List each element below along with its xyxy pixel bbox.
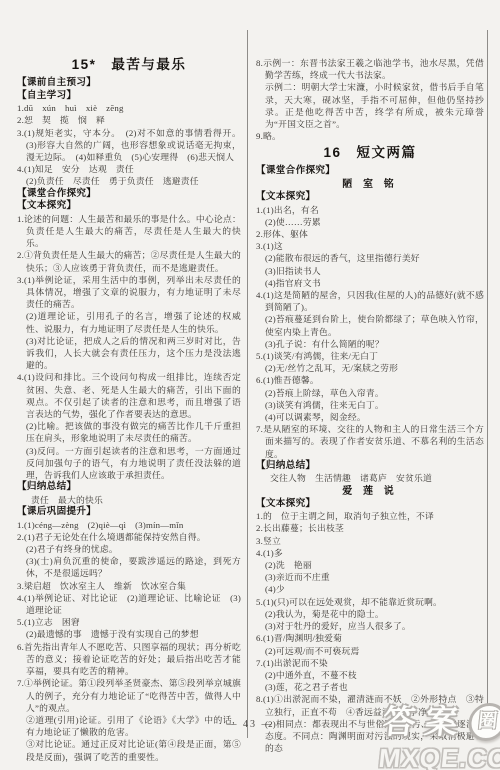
section-header: 【文本探究】 — [256, 191, 484, 204]
answer-line: 2.形体、躯体 — [256, 228, 484, 240]
answer-subline: (2)我认为，菊是花中的隐士。 — [256, 608, 484, 620]
text-title: 陋 室 铭 — [256, 178, 484, 191]
answer-line: 7.①举例论证。第①段列举圣贤豪杰、第⑤段列举京城旗人的例子，充分有力地论证了“… — [17, 677, 241, 714]
section-header: 【课前自主预习】 — [17, 77, 241, 90]
answer-subline: (3)对于牡丹的爱好，应当人很多了。 — [256, 620, 484, 632]
section-header: 【课后巩固提升】 — [17, 506, 241, 519]
answer-line: 4.(1)举例论证、对比论证 (2)道理论证、比喻论证 (3)道理论证 — [17, 592, 241, 616]
answer-line: 交往人物 生活情趣 诸葛庐 安贫乐道 — [256, 472, 484, 484]
lesson-title: 16 短文两篇 — [256, 144, 484, 162]
section-header: 【文本探究】 — [17, 200, 241, 213]
answer-subline: (4)可以调素琴，阅金经。 — [256, 411, 484, 423]
answer-subline: (2)最遗憾的事 遗憾于没有实现自己的梦想 — [17, 628, 241, 640]
answer-subline: 示例二：明朝大学士宋濂，小时候家贫，借书后手自笔录，天大寒，砚冰坚，手指不可屈伸… — [256, 81, 484, 130]
answer-line: 2.①背负责任是人生最大的痛苦；②尽责任是人生最大的快乐；③人应该勇于背负责任，… — [17, 249, 241, 273]
answer-line: 1.(1)出名，有名 — [256, 204, 484, 216]
answer-line: 6.(1)晋/陶渊明/独爱菊 — [256, 632, 484, 644]
answer-line: 责任 最大的快乐 — [17, 494, 241, 506]
answer-subline: (2)洗 艳丽 — [256, 559, 484, 571]
answer-line: 3.(1)规矩老实，守本分。 (2)对不如意的事情看得开。(3)形容大自然的广阔… — [17, 127, 241, 164]
answer-line: 4.(1)知足 安分 达观 责任 — [17, 163, 241, 175]
section-header: 【课堂合作探究】 — [256, 165, 484, 178]
answer-subline: (2)能散布很远的香气，这里指德行美好 — [256, 252, 484, 264]
answer-line: 4.(1)这是简陋的屋舍，只因我(住屋的人)的品德好(就不感到简陋了)。 — [256, 289, 484, 313]
answer-book-page: 15* 最苦与最乐【课前自主预习】【自主学习】1.dū xún huì xiè … — [0, 0, 500, 770]
lesson-title: 15* 最苦与最乐 — [17, 56, 241, 74]
watermark-brand: 答案 圈 — [381, 703, 500, 741]
answer-subline: (3)对比论证，把成人之后的情况和两三岁时对比，告诉我们，人长大就会有责任压力，… — [17, 335, 241, 372]
watermark-circle-icon: 圈 — [467, 703, 500, 741]
answer-subline: (2)比喻。把该做的事没有做完的痛苦比作几千斤重担压在肩头，形象地说明了未尽责任… — [17, 420, 241, 444]
answer-line: 4.(1)多 — [256, 547, 484, 559]
answer-subline: (3)(士)肩负沉重的使命，要跋涉遥远的路途，到死方休，不是很遥远吗？ — [17, 555, 241, 579]
answer-line: 3.梁启超 饮冰室主人 维新 饮冰室合集 — [17, 580, 241, 592]
answer-line: 6.(1)惟吾德馨。 — [256, 374, 484, 386]
answer-subline: (3)反问。一方面引起读者的注意和思考，一方面通过反问加强句子的语气，有力地说明… — [17, 445, 241, 482]
answer-line: 1.(1)céng—zèng (2)qiè—qì (3)mín—mǐn — [17, 519, 241, 531]
answer-line: 1.的 位于主谓之间，取消句子独立性，不译 — [256, 510, 484, 522]
section-header: 【归纳总结】 — [17, 481, 241, 494]
answer-subline: (2)无/丝竹之乱耳，无/案牍之劳形 — [256, 362, 484, 374]
answer-subline: (2)苔痕上阶绿，草色入帘青。 — [256, 387, 484, 399]
answer-subline: (2)苔痕蔓延到台阶上，使台阶都绿了；草色映入竹帘，使室内染上青色。 — [256, 313, 484, 337]
answer-line: 1.dū xún huì xiè zēng — [17, 102, 241, 114]
section-header: 【课堂合作探究】 — [17, 188, 241, 201]
answer-line: 5.(1)谈笑/有鸿儒，往来/无白丁 — [256, 350, 484, 362]
section-header: 【文本探究】 — [256, 498, 484, 511]
answer-line: 4.(1)设问和排比。三个设问句构成一组排比，连续否定贫困、失意、老、死是人生最… — [17, 371, 241, 420]
answer-line: 9.略。 — [256, 130, 484, 142]
answer-line: 3.(1)这 — [256, 240, 484, 252]
watermark: 答案 圈 MXQE.COM — [377, 703, 500, 770]
answer-subline: (3)旧指读书人 — [256, 265, 484, 277]
answer-line: 3.竖立 — [256, 535, 484, 547]
watermark-brand-text: 答案 — [381, 705, 469, 739]
answer-line: 7.(1)出淤泥而不染 — [256, 657, 484, 669]
answer-line: 1.论述的问题：人生最苦和最乐的事是什么。中心论点：负责任是人生最大的痛苦，尽责… — [17, 213, 241, 250]
answer-subline: (2)中通外直，不蔓不枝 — [256, 669, 484, 681]
answer-subline: (3)孔子说：有什么简陋的呢？ — [256, 338, 484, 350]
answer-line: 2.恕 契 揽 悯 释 — [17, 114, 241, 126]
column-divider — [247, 30, 248, 738]
section-header: 【自主学习】 — [17, 90, 241, 103]
answer-line: 7.是从陋室的环境、交往的人物和主人的日常生活三个方面来描写的。表现了作者安贫乐… — [256, 423, 484, 460]
answer-line: 3.(1)举例论证，采用生活中的事例，列举出未尽责任的具体情况，增强了文章的说服… — [17, 274, 241, 311]
answer-subline: (2)负责任 尽责任 勇于负责任 逃避责任 — [17, 175, 241, 187]
section-header: 【归纳总结】 — [256, 460, 484, 473]
answer-subline: (3)莲，花之君子者也 — [256, 681, 484, 693]
left-column: 15* 最苦与最乐【课前自主预习】【自主学习】1.dū xún huì xiè … — [17, 54, 241, 763]
answer-subline: (3)亲近而不庄重 — [256, 571, 484, 583]
answer-subline: (2)道理论证，引用孔子的名言，增强了论述的权威性、说服力，有力地证明了尽责任是… — [17, 310, 241, 334]
answer-subline: (2)君子有终身的忧虑。 — [17, 543, 241, 555]
answer-subline: (4)少 — [256, 583, 484, 595]
right-column: 8.示例一：东晋书法家王羲之临池学书，池水尽黑，凭借勤学苦练，终成一代大书法家。… — [256, 57, 484, 754]
answer-line: 2.长出藤蔓；长出枝茎 — [256, 522, 484, 534]
answer-line: 8.示例一：东晋书法家王羲之临池学书，池水尽黑，凭借勤学苦练，终成一代大书法家。 — [256, 57, 484, 81]
answer-line: 6.首先指出青年人不愿吃苦、只图享福的现状；再分析吃苦的意义；接着论证吃苦的好处… — [17, 641, 241, 678]
answer-subline: (2)使……劳累 — [256, 216, 484, 228]
answer-subline: (4)指官府文书 — [256, 277, 484, 289]
page-right-border — [487, 30, 488, 738]
answer-line: 5.(1)(只)可以在远处观赏，却不能靠近赏玩啊。 — [256, 596, 484, 608]
answer-subline: (3)谈笑有鸿儒，往来无白丁。 — [256, 399, 484, 411]
answer-line: 5.(1)立志 困窘 — [17, 616, 241, 628]
answer-line: 2.(1)君子无论处在什么境遇都能保持安然自得。 — [17, 531, 241, 543]
watermark-domain: MXQE.COM — [377, 745, 500, 770]
answer-subline: ③对比论证。通过正反对比论证(第④段是正面，第⑤段是反面)，强调了吃苦的重要性。 — [17, 738, 241, 762]
text-title: 爱 莲 说 — [256, 485, 484, 498]
answer-subline: (2)可远观/而不可亵玩焉 — [256, 645, 484, 657]
